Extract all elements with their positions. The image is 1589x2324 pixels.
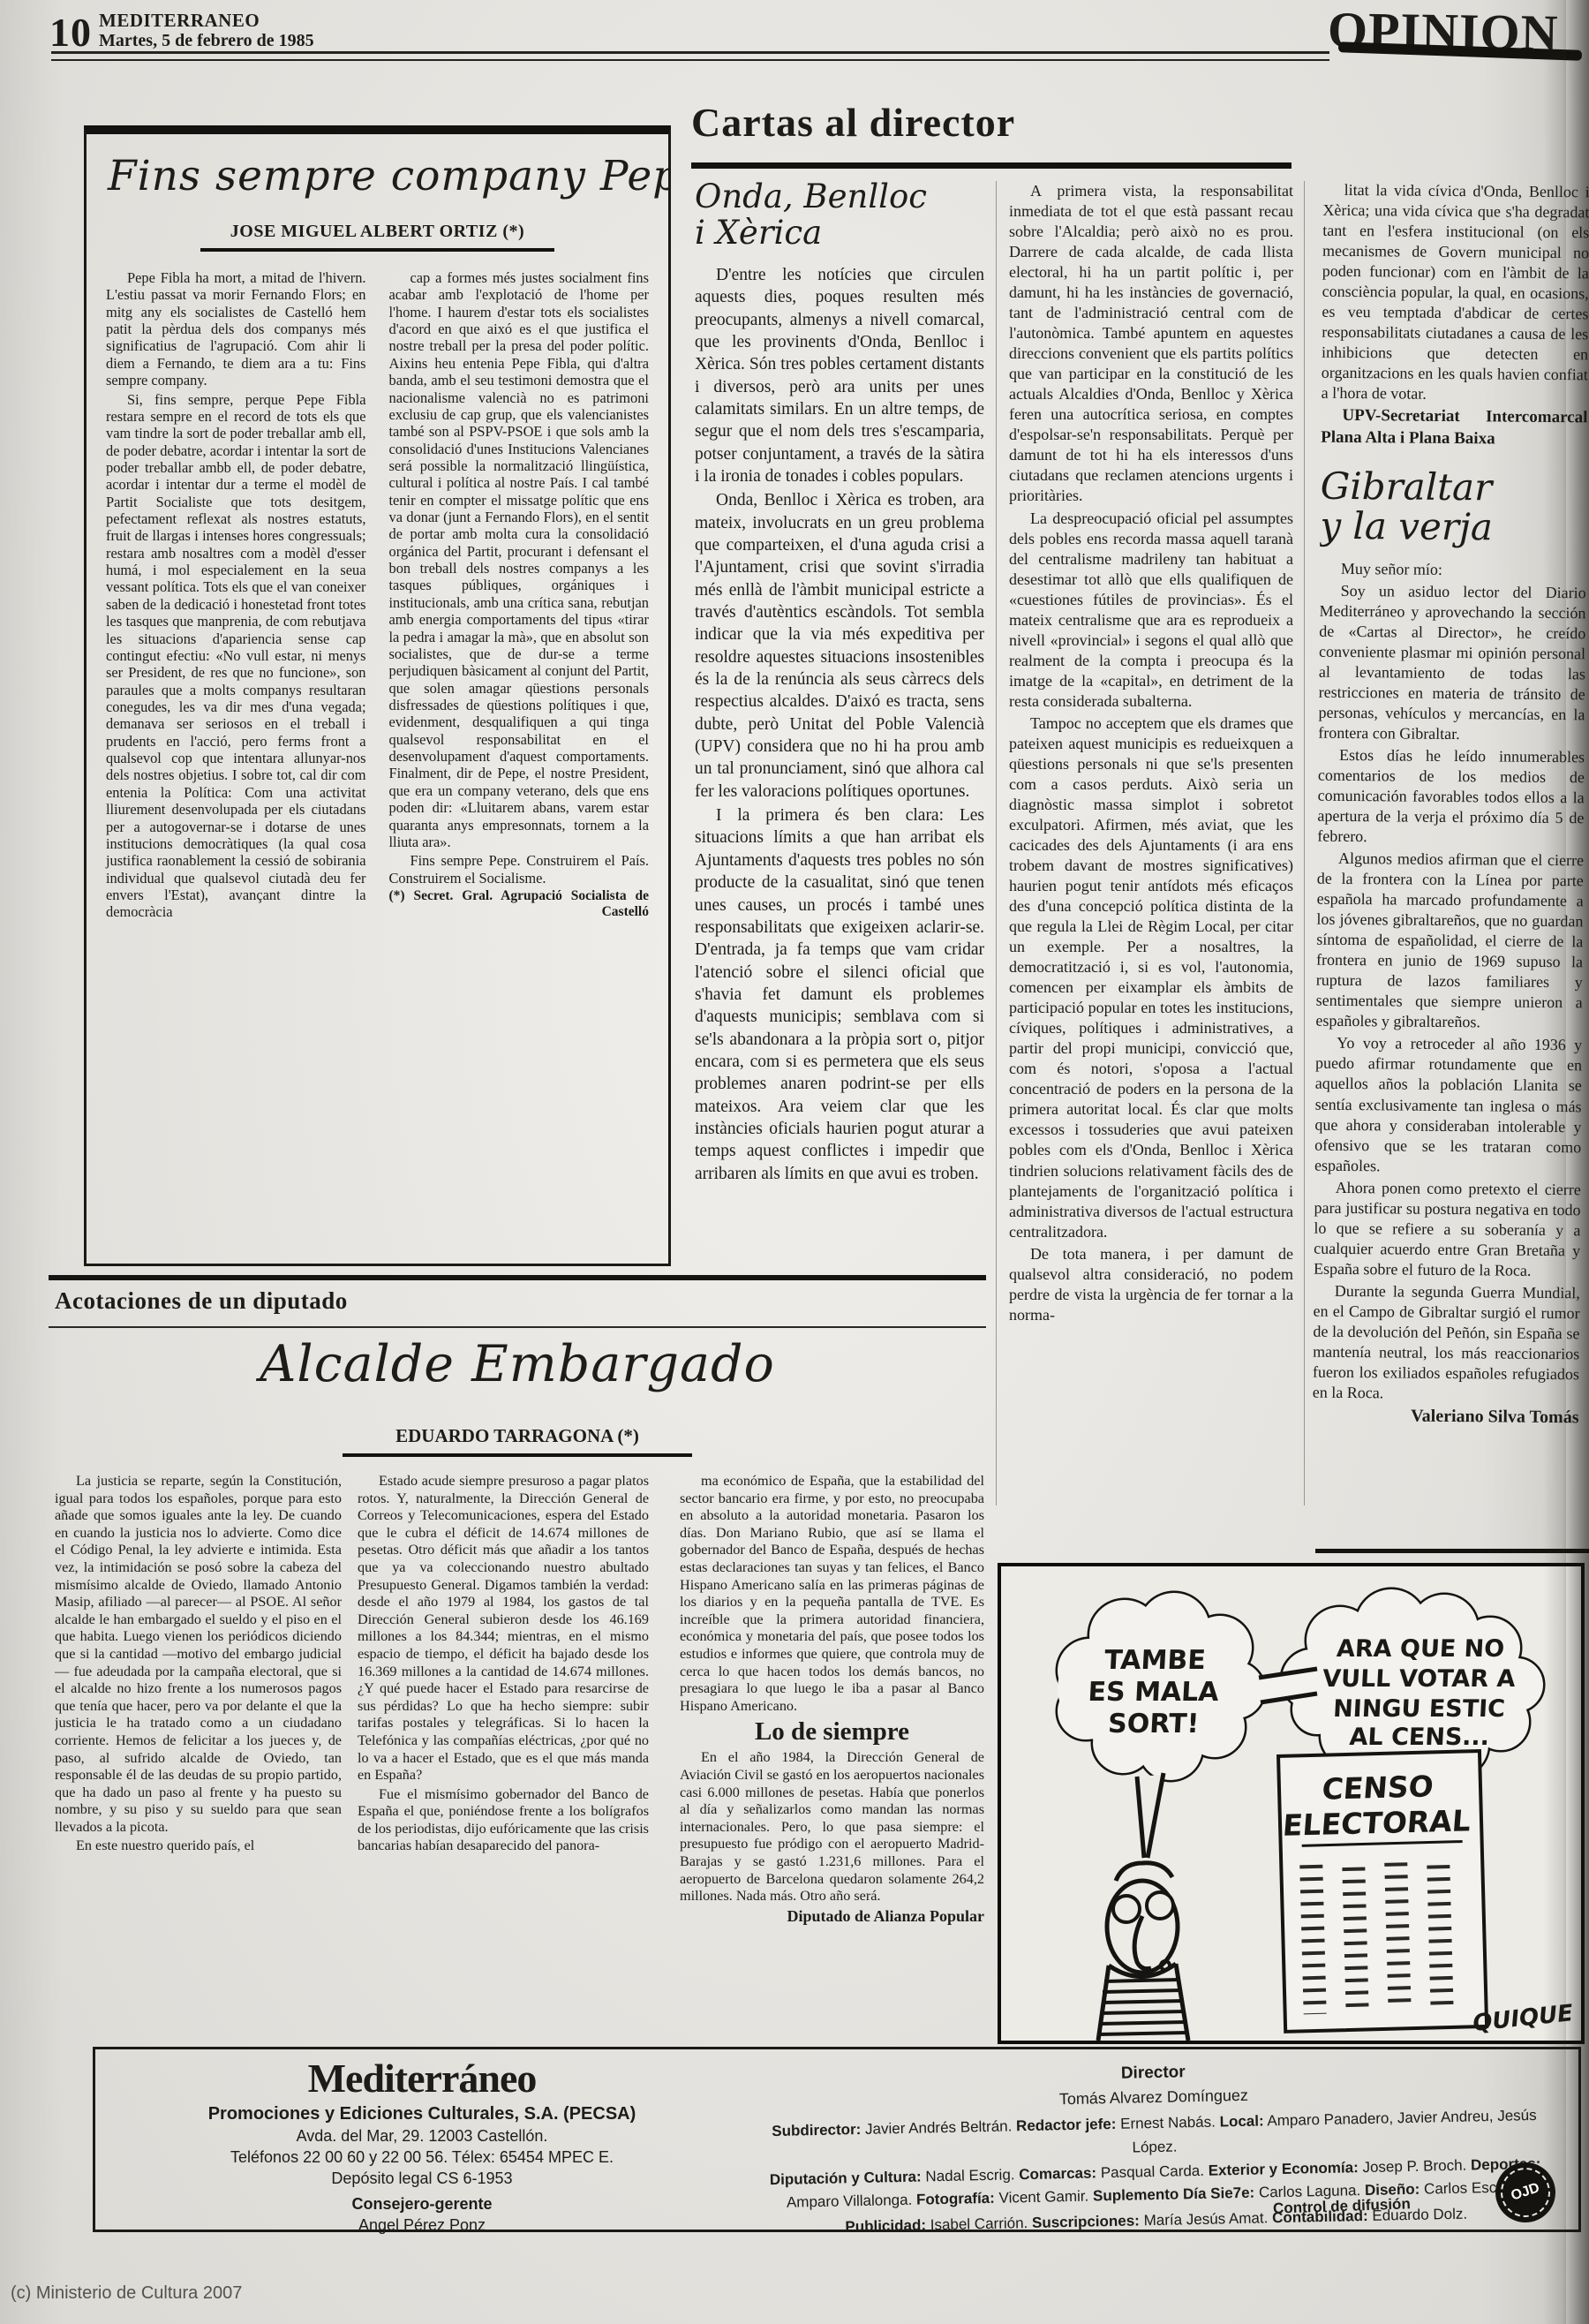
alcalde-column-2: Estado acude siempre presuroso a pagar p… [358, 1473, 649, 2042]
body-paragraph: La despreocupació oficial pel assumptes … [1009, 509, 1293, 712]
cartoon-drawing: TAMBE ES MALA SORT! ARA QUE NO VULL VOTA… [1001, 1566, 1581, 2041]
letter-headline: Onda, Benlloc i Xèrica [695, 178, 984, 252]
masthead: MEDITERRANEO Martes, 5 de febrero de 198… [99, 11, 314, 50]
bubble2-line: VULL VOTAR A [1322, 1665, 1516, 1693]
article-column-2: cap a formes més justes socialment fins … [389, 269, 650, 921]
article-subhead: Lo de siempre [680, 1717, 984, 1747]
manager-role: Consejero-gerente [122, 2195, 722, 2214]
body-paragraph: cap a formes més justes socialment fins … [389, 269, 650, 850]
editorial-cartoon: TAMBE ES MALA SORT! ARA QUE NO VULL VOTA… [998, 1563, 1585, 2044]
letter-signature: Valeriano Silva Tomás [1312, 1405, 1578, 1430]
newspaper-page: 10 MEDITERRANEO Martes, 5 de febrero de … [0, 0, 1589, 2324]
article-footnote: (*) Secret. Gral. Agrupació Socialista d… [389, 888, 650, 921]
bubble2-line: NINGU ESTIC [1332, 1695, 1505, 1723]
letter-onda-column-2: A primera vista, la responsabilitat inme… [1009, 181, 1293, 1541]
body-paragraph: Estado acude siempre presuroso a pagar p… [358, 1473, 649, 1784]
newspaper-name: MEDITERRANEO [99, 11, 314, 31]
page-number: 10 [49, 9, 92, 56]
article-signature: Diputado de Alianza Popular [680, 1907, 984, 1927]
body-paragraph: Ahora ponen como pretexto el cierre para… [1314, 1177, 1581, 1281]
cartas-divider [691, 162, 1292, 169]
body-paragraph: Yo voy a retroceder al año 1936 y puedo … [1314, 1033, 1582, 1178]
staff-box: Mediterráneo Promociones y Ediciones Cul… [93, 2047, 1581, 2232]
body-paragraph: En el año 1984, la Dirección General de … [680, 1749, 984, 1905]
censo-title-line: ELECTORAL [1282, 1803, 1472, 1843]
issue-date: Martes, 5 de febrero de 1985 [99, 31, 314, 50]
column-rule [1304, 181, 1305, 1505]
body-paragraph: Onda, Benlloc i Xèrica es troben, ara ma… [695, 489, 984, 803]
byline-text: JOSE MIGUEL ALBERT ORTIZ (*) [200, 222, 554, 252]
bubble2-line: ARA QUE NO [1336, 1635, 1505, 1663]
alcalde-column-1: La justicia se reparte, según la Constit… [55, 1473, 342, 2042]
publisher-address: Avda. del Mar, 29. 12003 Castellón. [122, 2127, 722, 2146]
byline-text: EDUARDO TARRAGONA (*) [343, 1425, 692, 1457]
body-paragraph: Fue el mismísimo gobernador del Banco de… [358, 1786, 649, 1855]
article-headline: Fins sempre company Pepe [108, 152, 647, 200]
bubble1-line: ES MALA [1088, 1677, 1221, 1708]
publisher-block: Mediterráneo Promociones y Ediciones Cul… [122, 2058, 722, 2235]
bubble2-line: AL CENS... [1349, 1724, 1490, 1751]
cartoon-figure [1098, 1863, 1188, 2041]
publisher-company: Promociones y Ediciones Culturales, S.A.… [122, 2104, 722, 2124]
article-column-1: Pepe Fibla ha mort, a mitad de l'hivern.… [106, 269, 366, 921]
body-paragraph: En este nuestro querido país, el [55, 1837, 342, 1855]
newspaper-logo: Mediterráneo [122, 2058, 722, 2099]
article-kicker: Acotaciones de un diputado [55, 1287, 348, 1315]
article-fins-sempre: Fins sempre company Pepe JOSE MIGUEL ALB… [84, 125, 671, 1266]
body-paragraph: D'entre les notícies que circulen aquest… [695, 264, 984, 487]
body-paragraph: Fins sempre Pepe. Construirem el País. C… [389, 852, 650, 887]
bubble-tail [1135, 1773, 1164, 1858]
article-headline: Alcalde Embargado [49, 1335, 986, 1393]
bubble1-line: SORT! [1107, 1709, 1200, 1739]
body-paragraph: De tota manera, i per damunt de qualsevo… [1009, 1244, 1293, 1325]
column-rule [996, 181, 997, 1505]
censo-title-line: CENSO [1321, 1769, 1435, 1806]
body-paragraph: Tampoc no acceptem que els drames que pa… [1009, 713, 1293, 1242]
masthead-divider [51, 51, 1329, 61]
copyright-notice: (c) Ministerio de Cultura 2007 [11, 2283, 242, 2304]
manager-name: Angel Pérez Ponz [122, 2216, 722, 2235]
legal-deposit: Depósito legal CS 6-1953 [122, 2169, 722, 2188]
body-paragraph: La justicia se reparte, según la Constit… [55, 1473, 342, 1836]
bubble1-line: TAMBE [1103, 1645, 1206, 1676]
censo-document: CENSO ELECTORAL [1278, 1751, 1487, 2032]
staff-block: Director Tomás Alvarez Domínguez Subdire… [764, 2052, 1545, 2240]
body-paragraph: Durante la segunda Guerra Mundial, en el… [1313, 1280, 1580, 1405]
body-paragraph: ma económico de España, que la estabilid… [680, 1473, 984, 1715]
kicker-underline [49, 1326, 986, 1328]
byline: JOSE MIGUEL ALBERT ORTIZ (*) [87, 222, 668, 252]
body-paragraph: Pepe Fibla ha mort, a mitad de l'hivern.… [106, 269, 366, 389]
page-edge-shadow [1563, 0, 1589, 2324]
byline: EDUARDO TARRAGONA (*) [49, 1425, 986, 1457]
body-paragraph: I la primera és ben clara: Les situacion… [695, 804, 984, 1185]
body-paragraph: Si, fins sempre, perque Pepe Fibla resta… [106, 391, 366, 921]
body-paragraph: A primera vista, la responsabilitat inme… [1009, 181, 1293, 507]
article-top-rule [49, 1275, 986, 1280]
cartas-section-title: Cartas al director [691, 99, 1015, 146]
publisher-phones: Teléfonos 22 00 60 y 22 00 56. Télex: 65… [122, 2148, 722, 2167]
alcalde-column-3: ma económico de España, que la estabilid… [680, 1473, 984, 2042]
